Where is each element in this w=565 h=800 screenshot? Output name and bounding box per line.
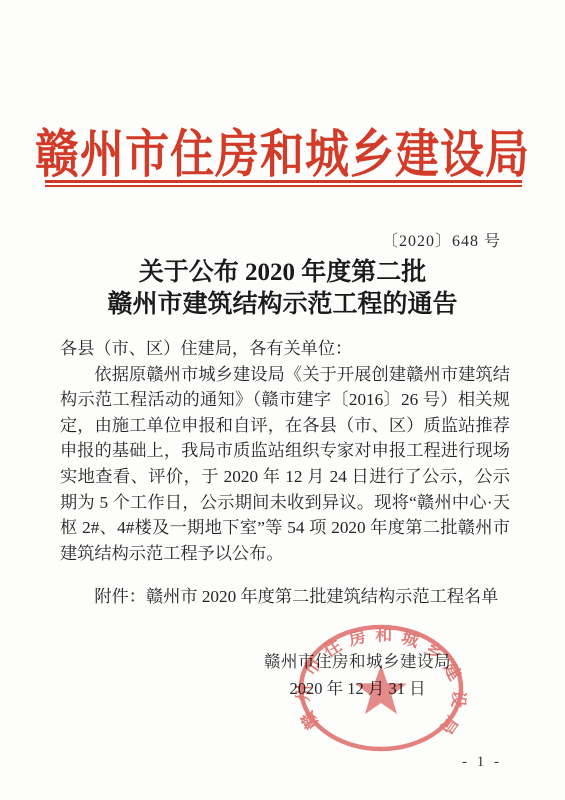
signature-org: 赣州市住房和城乡建设局 [264,648,451,675]
signature-date: 2020 年 12 月 31 日 [289,675,425,702]
salutation: 各县（市、区）住建局，各有关单位： [60,336,510,362]
main-paragraph: 依据原赣州市城乡建设局《关于开展创建赣州市建筑结构示范工程活动的通知》（赣市建字… [60,362,510,567]
red-double-rule [45,180,522,187]
notice-title: 关于公布 2020 年度第二批 赣州市建筑结构示范工程的通告 [0,257,565,321]
notice-body: 各县（市、区）住建局，各有关单位： 依据原赣州市城乡建设局《关于开展创建赣州市建… [60,336,510,610]
document-page: 赣州市住房和城乡建设局 〔2020〕648 号 关于公布 2020 年度第二批 … [0,0,565,800]
signature-block: 赣州市住房和城乡建设局 2020 年 12 月 31 日 [264,648,451,702]
page-number: - 1 - [462,754,502,771]
notice-title-line1: 关于公布 2020 年度第二批 [0,257,565,289]
document-number: 〔2020〕648 号 [382,228,501,251]
agency-masthead: 赣州市住房和城乡建设局 [0,112,565,188]
attachment-line: 附件：赣州市 2020 年度第二批建筑结构示范工程名单 [60,584,510,610]
notice-title-line2: 赣州市建筑结构示范工程的通告 [0,289,565,321]
